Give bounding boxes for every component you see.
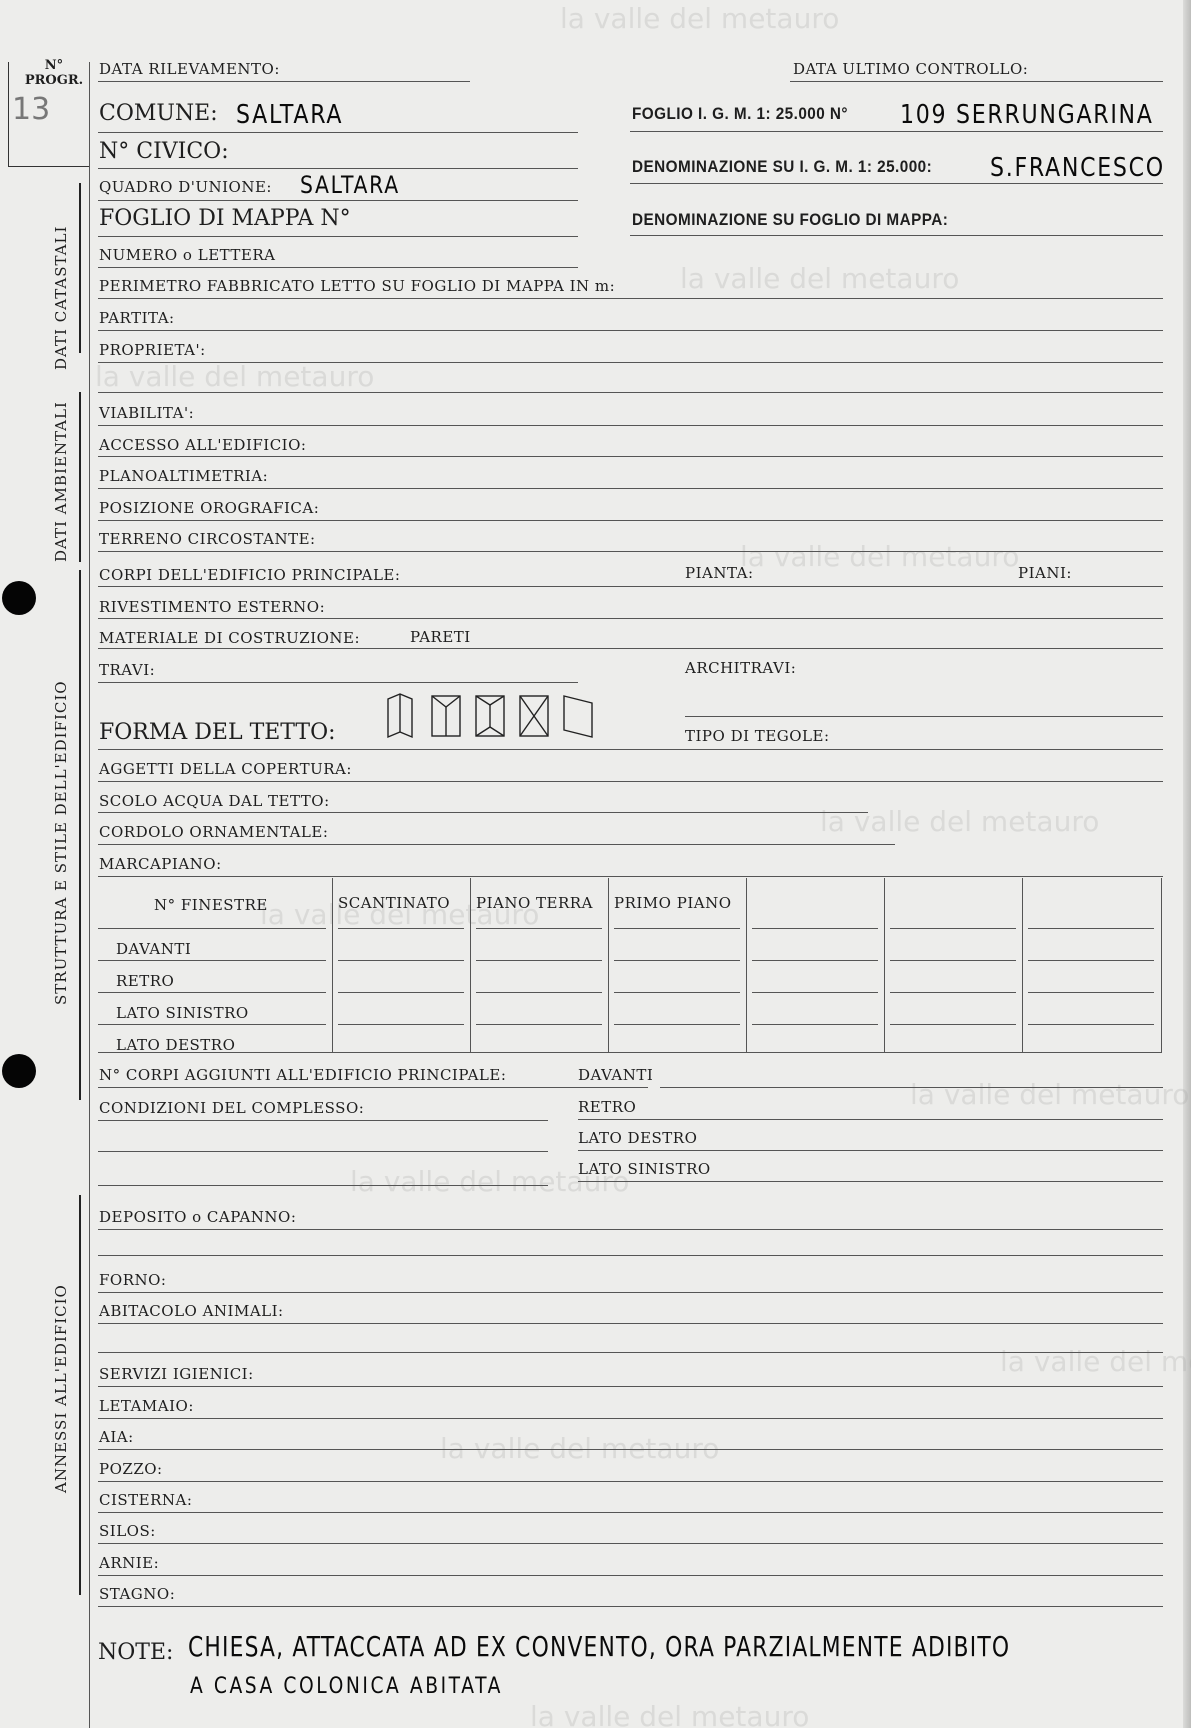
perimetro-label: PERIMETRO FABBRICATO LETTO SU FOGLIO DI … <box>99 277 615 295</box>
table-cell[interactable] <box>1028 1024 1154 1025</box>
table-cell[interactable] <box>752 928 878 929</box>
numero-label: NUMERO o LETTERA <box>99 246 276 264</box>
annessi-item-label: AIA: <box>99 1428 134 1446</box>
planoaltimetria-label: PLANOALTIMETRIA: <box>99 467 268 485</box>
partita-field[interactable] <box>98 330 1163 331</box>
den-foglio-label: DENOMINAZIONE SU FOGLIO DI MAPPA: <box>632 210 948 230</box>
underline <box>98 392 1163 393</box>
table-cell[interactable] <box>890 1024 1016 1025</box>
table-cell[interactable] <box>1028 928 1154 929</box>
table-cell[interactable] <box>890 960 1016 961</box>
table-cell[interactable] <box>1028 992 1154 993</box>
corpi-field[interactable] <box>98 586 1163 587</box>
proprieta-field[interactable] <box>98 362 1163 363</box>
table-row-label: RETRO <box>116 972 174 990</box>
annessi-item-field[interactable] <box>98 1323 1163 1324</box>
watermark: la valle del metauro <box>740 540 1019 573</box>
piani-label: PIANI: <box>1018 564 1072 582</box>
scolo-field[interactable] <box>98 812 868 813</box>
data-rilevamento-field[interactable] <box>98 81 470 82</box>
annessi-item-label: DEPOSITO o CAPANNO: <box>99 1208 296 1226</box>
corpi-label: CORPI DELL'EDIFICIO PRINCIPALE: <box>99 566 400 584</box>
roof-shed-icon[interactable] <box>564 696 592 737</box>
watermark: la valle del metauro <box>680 262 959 295</box>
aggiunti-side-label: DAVANTI <box>578 1066 653 1084</box>
table-bottom-border <box>98 1052 1162 1053</box>
igm-value[interactable]: 109 SERRUNGARINA <box>900 100 1154 130</box>
page-edge <box>1183 0 1191 1728</box>
den-foglio-field[interactable] <box>630 235 1163 236</box>
aggiunti-side-field[interactable] <box>578 1150 1163 1151</box>
annessi-item-label: SERVIZI IGIENICI: <box>99 1365 254 1383</box>
pareti-label: PARETI <box>410 628 471 646</box>
table-cell <box>98 960 326 961</box>
brace <box>79 392 81 562</box>
watermark: la valle del metauro <box>530 1700 809 1728</box>
annessi-item-field[interactable] <box>98 1512 1163 1513</box>
accesso-field[interactable] <box>98 456 1163 457</box>
annessi-item-field[interactable] <box>98 1575 1163 1576</box>
rivestimento-field[interactable] <box>98 618 1163 619</box>
aggetti-label: AGGETTI DELLA COPERTURA: <box>99 760 352 778</box>
punch-hole <box>2 1054 36 1088</box>
terreno-field[interactable] <box>98 551 1163 552</box>
foglio-field[interactable] <box>98 236 578 237</box>
annessi-item-field[interactable] <box>98 1543 1163 1544</box>
table-cell[interactable] <box>476 1024 602 1025</box>
punch-hole <box>2 581 36 615</box>
table-cell <box>98 1024 326 1025</box>
cordolo-label: CORDOLO ORNAMENTALE: <box>99 823 328 841</box>
underline <box>98 1352 1163 1353</box>
condizioni-field[interactable] <box>98 1120 548 1121</box>
tegole-label: TIPO DI TEGOLE: <box>685 727 830 745</box>
table-cell[interactable] <box>890 928 1016 929</box>
cordolo-field[interactable] <box>98 844 895 845</box>
materiale-field[interactable] <box>98 648 1163 649</box>
aggiunti-side-label: RETRO <box>578 1098 636 1116</box>
condizioni-label: CONDIZIONI DEL COMPLESSO: <box>99 1099 364 1117</box>
annessi-item-label: POZZO: <box>99 1460 163 1478</box>
underline <box>98 200 578 201</box>
travi-label: TRAVI: <box>99 661 155 679</box>
aggiunti-side-label: LATO SINISTRO <box>578 1160 711 1178</box>
margin-line <box>89 62 90 1728</box>
comune-value[interactable]: SALTARA <box>236 100 343 130</box>
data-rilevamento-label: DATA RILEVAMENTO: <box>99 60 280 78</box>
proprieta-label: PROPRIETA': <box>99 341 206 359</box>
architravi-field[interactable] <box>685 716 1163 717</box>
data-ultimo-controllo-field[interactable] <box>790 81 1163 82</box>
table-row-label: LATO SINISTRO <box>116 1004 249 1022</box>
corpi-aggiunti-label: N° CORPI AGGIUNTI ALL'EDIFICIO PRINCIPAL… <box>99 1066 506 1084</box>
table-corner-header: N° FINESTRE <box>154 896 268 914</box>
side-label-ambientali: DATI AMBIENTALI <box>52 401 70 562</box>
table-cell[interactable] <box>614 992 740 993</box>
civico-field[interactable] <box>98 168 578 169</box>
quadro-value[interactable]: SALTARA <box>300 171 400 199</box>
annessi-item-label: ABITACOLO ANIMALI: <box>99 1302 284 1320</box>
annessi-item-label: ARNIE: <box>99 1554 159 1572</box>
roof-gable-hip-icon[interactable] <box>432 696 460 736</box>
partita-label: PARTITA: <box>99 309 175 327</box>
table-cell[interactable] <box>476 928 602 929</box>
posizione-label: POSIZIONE OROGRAFICA: <box>99 499 319 517</box>
roof-gable-icon[interactable] <box>388 694 412 737</box>
annessi-item-field[interactable] <box>98 1292 1163 1293</box>
condizioni-field[interactable] <box>98 1185 548 1186</box>
aggiunti-side-field[interactable] <box>578 1181 1163 1182</box>
roof-pyramid-icon[interactable] <box>520 696 548 736</box>
terreno-label: TERRENO CIRCOSTANTE: <box>99 530 316 548</box>
annessi-item-field[interactable] <box>98 1386 1163 1387</box>
foglio-label: FOGLIO DI MAPPA N° <box>99 206 351 231</box>
table-column-divider <box>884 878 885 1052</box>
prog-number[interactable]: 13 <box>12 92 50 127</box>
quadro-label: QUADRO D'UNIONE: <box>99 178 272 196</box>
survey-form-page: la valle del metauro la valle del metaur… <box>0 0 1191 1728</box>
table-cell[interactable] <box>476 992 602 993</box>
table-cell[interactable] <box>338 928 464 929</box>
architravi-label: ARCHITRAVI: <box>685 659 796 677</box>
brace <box>79 1195 81 1595</box>
perimetro-field[interactable] <box>98 298 1163 299</box>
notes-label: NOTE: <box>98 1640 173 1665</box>
watermark: la valle del metauro <box>1000 1345 1191 1378</box>
table-cell[interactable] <box>752 992 878 993</box>
aggiunti-side-label: LATO DESTRO <box>578 1129 697 1147</box>
finestre-table: N° FINESTRESCANTINATOPIANO TERRAPRIMO PI… <box>98 878 1162 1052</box>
table-cell <box>98 928 326 929</box>
table-cell[interactable] <box>614 1024 740 1025</box>
annessi-item-field[interactable] <box>98 1449 1163 1450</box>
igm-label: FOGLIO I. G. M. 1: 25.000 N° <box>632 104 848 124</box>
annessi-item-label: CISTERNA: <box>99 1491 192 1509</box>
table-cell[interactable] <box>476 960 602 961</box>
side-label-annessi: ANNESSI ALL'EDIFICIO <box>52 1284 70 1493</box>
den-igm-label: DENOMINAZIONE SU I. G. M. 1: 25.000: <box>632 157 932 177</box>
viabilita-field[interactable] <box>98 425 1163 426</box>
annessi-item-label: SILOS: <box>99 1522 156 1540</box>
table-cell[interactable] <box>338 960 464 961</box>
marcapiano-field[interactable] <box>98 876 1163 877</box>
data-ultimo-controllo-label: DATA ULTIMO CONTROLLO: <box>793 60 1028 78</box>
notes-line-1[interactable]: CHIESA, ATTACCATA AD EX CONVENTO, ORA PA… <box>188 1630 1010 1663</box>
annessi-item-field[interactable] <box>98 1481 1163 1482</box>
table-cell[interactable] <box>338 992 464 993</box>
annessi-item-field[interactable] <box>98 1606 1163 1607</box>
table-row-label: DAVANTI <box>116 940 191 958</box>
tegole-field[interactable] <box>98 749 1163 750</box>
table-cell[interactable] <box>890 992 1016 993</box>
underline <box>98 132 578 133</box>
table-cell[interactable] <box>752 1024 878 1025</box>
marcapiano-label: MARCAPIANO: <box>99 855 222 873</box>
accesso-label: ACCESSO ALL'EDIFICIO: <box>99 436 306 454</box>
table-column-divider <box>1161 878 1162 1052</box>
underline <box>630 183 1163 184</box>
aggiunti-side-field[interactable] <box>578 1119 1163 1120</box>
table-cell[interactable] <box>614 960 740 961</box>
aggiunti-side-field[interactable] <box>660 1087 1163 1088</box>
watermark: la valle del metauro <box>910 1078 1189 1111</box>
annessi-item-field[interactable] <box>98 1418 1163 1419</box>
notes-line-2[interactable]: A CASA COLONICA ABITATA <box>190 1674 503 1699</box>
aggetti-field[interactable] <box>98 781 1163 782</box>
table-column-header: PIANO TERRA <box>476 894 593 912</box>
side-label-struttura: STRUTTURA E STILE DELL'EDIFICIO <box>52 680 70 1005</box>
watermark: la valle del metauro <box>95 360 374 393</box>
annessi-item-field[interactable] <box>98 1229 1163 1230</box>
viabilita-label: VIABILITA': <box>99 404 194 422</box>
pianta-label: PIANTA: <box>685 564 754 582</box>
posizione-field[interactable] <box>98 520 1163 521</box>
roof-hip-icon[interactable] <box>476 696 504 736</box>
table-cell <box>98 992 326 993</box>
watermark: la valle del metauro <box>820 805 1099 838</box>
table-column-header: PRIMO PIANO <box>614 894 732 912</box>
forma-tetto-label: FORMA DEL TETTO: <box>99 720 336 745</box>
planoaltimetria-field[interactable] <box>98 488 1163 489</box>
table-column-divider <box>608 878 609 1052</box>
numero-field[interactable] <box>98 267 578 268</box>
prog-label: N°PROGR. <box>8 58 100 88</box>
side-label-catastali: DATI CATASTALI <box>52 226 70 370</box>
den-igm-value[interactable]: S.FRANCESCO <box>990 153 1165 183</box>
annessi-item-label: LETAMAIO: <box>99 1397 194 1415</box>
civico-label: N° CIVICO: <box>99 139 229 164</box>
table-column-divider <box>746 878 747 1052</box>
brace <box>79 183 81 353</box>
underline <box>98 1255 1163 1256</box>
travi-field[interactable] <box>98 682 578 683</box>
underline <box>98 1087 648 1088</box>
materiale-label: MATERIALE DI COSTRUZIONE: <box>99 629 360 647</box>
comune-label: COMUNE: <box>99 101 218 126</box>
brace <box>79 570 81 1100</box>
table-cell[interactable] <box>1028 960 1154 961</box>
annessi-item-label: FORNO: <box>99 1271 166 1289</box>
annessi-item-label: STAGNO: <box>99 1585 175 1603</box>
table-cell[interactable] <box>614 928 740 929</box>
table-cell[interactable] <box>752 960 878 961</box>
table-column-divider <box>1022 878 1023 1052</box>
table-column-divider <box>332 878 333 1052</box>
underline <box>630 131 1163 132</box>
table-cell[interactable] <box>338 1024 464 1025</box>
rivestimento-label: RIVESTIMENTO ESTERNO: <box>99 598 325 616</box>
watermark: la valle del metauro <box>560 2 839 35</box>
table-column-header: SCANTINATO <box>338 894 450 912</box>
table-column-divider <box>470 878 471 1052</box>
roof-shape-icons <box>386 693 596 741</box>
condizioni-field[interactable] <box>98 1151 548 1152</box>
scolo-label: SCOLO ACQUA DAL TETTO: <box>99 792 330 810</box>
